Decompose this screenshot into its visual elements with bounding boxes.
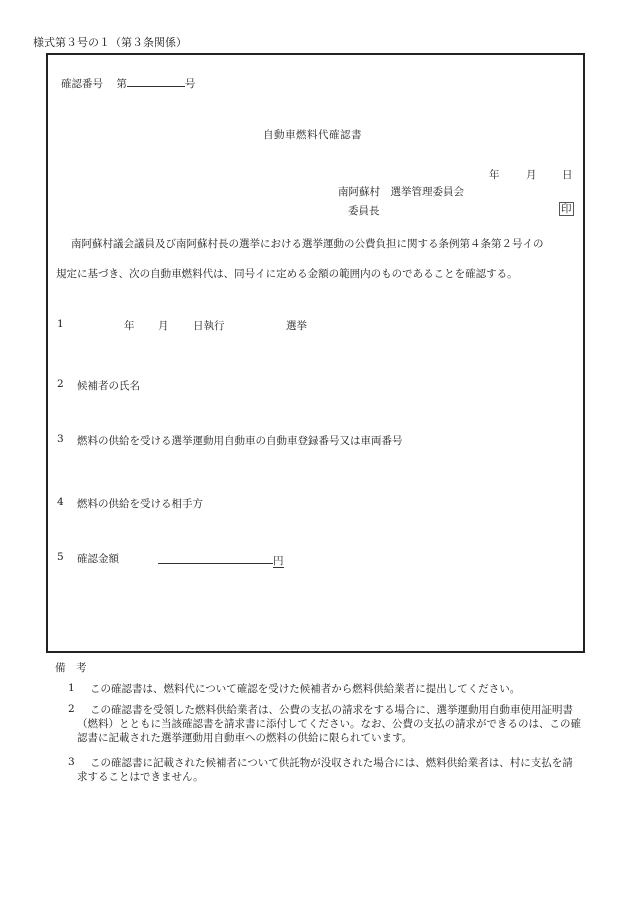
item-5-amount-label: 確認金額 (77, 551, 119, 566)
item-3-vehicle-number-label: 燃料の供給を受ける選挙運動用自動車の自動車登録番号又は車両番号 (77, 433, 403, 448)
confirmation-number-row: 確認番号 第号 (61, 74, 195, 91)
item-5-number: 5 (57, 551, 64, 563)
note-1-number: 1 (68, 682, 75, 694)
item-1-number: 1 (57, 318, 64, 330)
body-text-line-2: 規定に基づき、次の自動車燃料代は、同号イに定める金額の範囲内のものであることを確… (56, 266, 518, 281)
confirmation-number-label: 確認番号 (61, 78, 103, 90)
issuer-organization: 南阿蘇村 選挙管理委員会 (338, 184, 464, 199)
item-2-number: 2 (57, 378, 64, 390)
note-3-number: 3 (68, 756, 75, 768)
confirmation-number-field[interactable] (127, 74, 185, 87)
date-month: 月 (526, 167, 537, 182)
item-3-number: 3 (57, 433, 64, 445)
item-4-supplier-label: 燃料の供給を受ける相手方 (77, 496, 203, 511)
confirmation-number-suffix: 号 (185, 78, 196, 90)
confirmation-form-box (46, 53, 585, 653)
item-4-number: 4 (57, 496, 64, 508)
notes-heading: 備 考 (55, 660, 87, 675)
amount-row: 円 (158, 551, 284, 568)
date-year: 年 (489, 167, 500, 182)
body-text-line-1: 南阿蘇村議会議員及び南阿蘇村長の選挙における選挙運動の公費負担に関する条例第４条… (71, 236, 544, 251)
item-1-day-executed: 日執行 (193, 318, 225, 333)
item-1-election: 選挙 (286, 318, 307, 333)
item-2-candidate-name-label: 候補者の氏名 (77, 378, 140, 393)
amount-unit: 円 (273, 555, 284, 568)
note-2-text: この確認書を受領した燃料供給業者は、公費の支払の請求をする場合に、選挙運動用自動… (77, 703, 583, 745)
note-1-text: この確認書は、燃料代について確認を受けた候補者から燃料供給業者に提出してください… (90, 682, 585, 696)
form-number-label: 様式第３号の１（第３条関係） (33, 34, 187, 50)
confirmation-number-prefix: 第 (116, 78, 127, 90)
amount-field[interactable] (158, 551, 273, 564)
document-title: 自動車燃料代確認書 (263, 127, 362, 142)
date-day: 日 (562, 167, 573, 182)
seal-mark: 印 (559, 202, 574, 216)
item-1-year: 年 (124, 318, 135, 333)
note-2-number: 2 (68, 703, 75, 715)
item-1-month: 月 (158, 318, 169, 333)
note-3-text: この確認書に記載された候補者について供託物が没収された場合には、燃料供給業者は、… (77, 756, 583, 784)
issuer-role: 委員長 (348, 203, 380, 218)
